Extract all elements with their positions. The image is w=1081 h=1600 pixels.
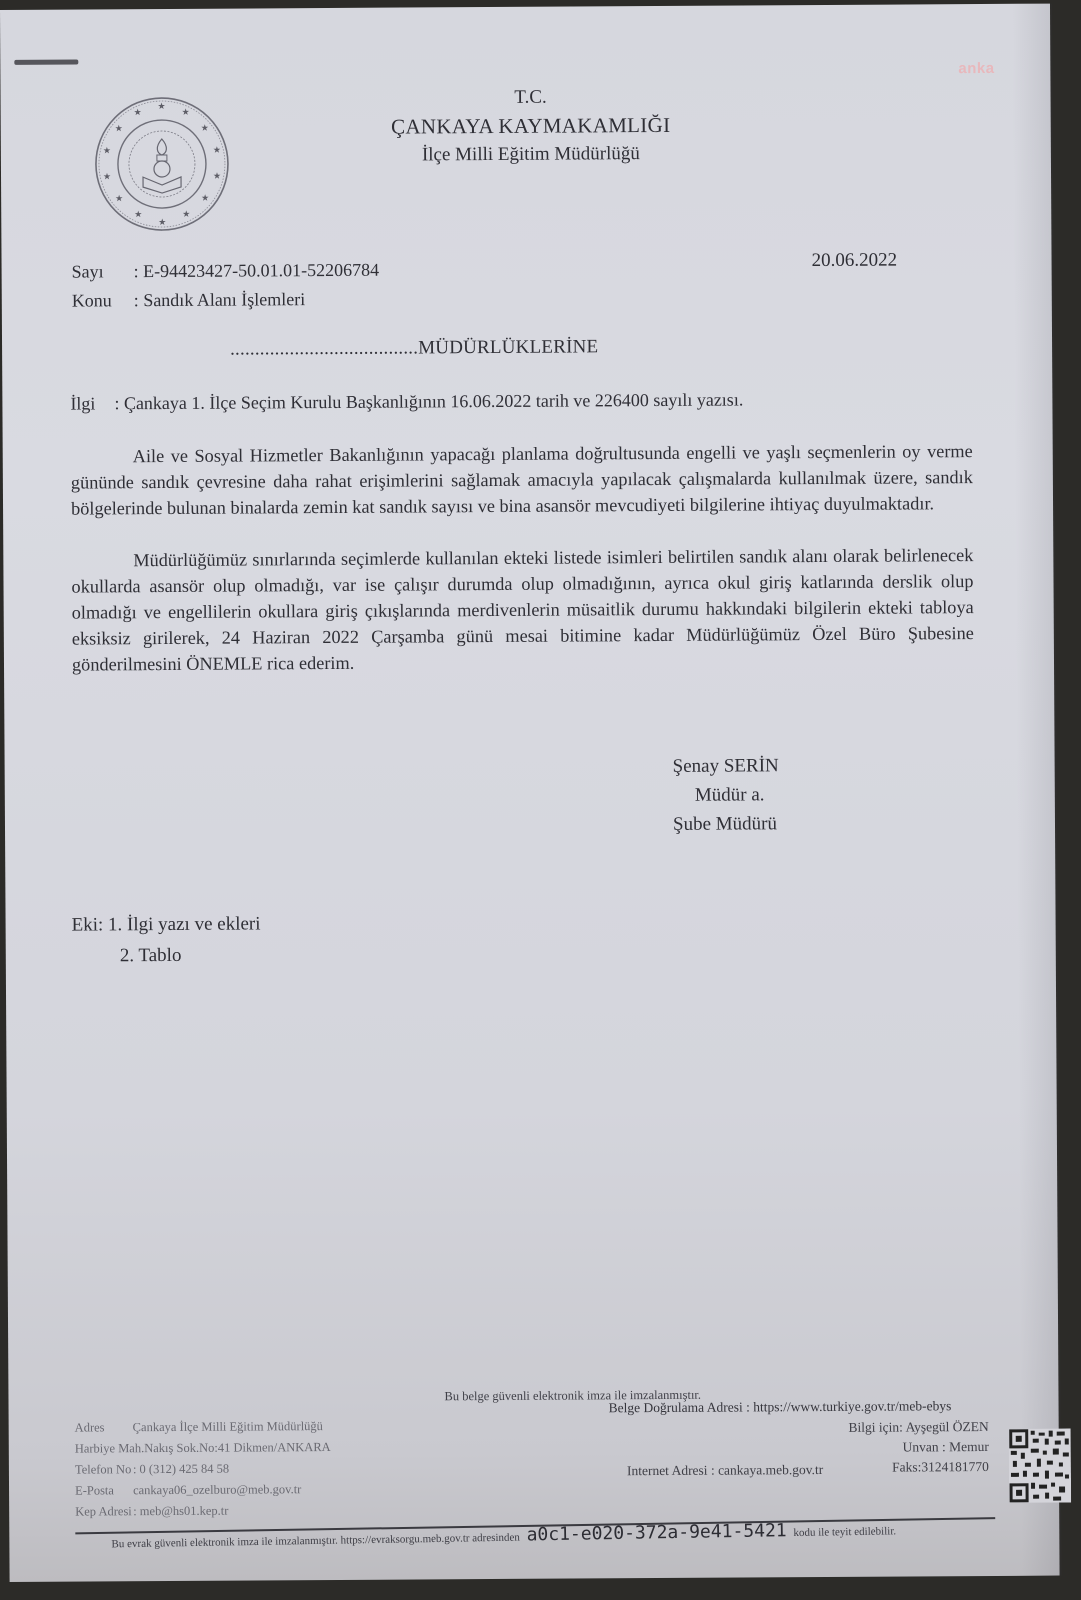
sayi-value: : E-94423427-50.01.01-52206784	[134, 260, 380, 281]
pen-mark	[14, 60, 78, 65]
svg-text:★: ★	[182, 210, 190, 220]
svg-text:★: ★	[213, 172, 221, 182]
attachments-label: Eki:	[72, 914, 104, 935]
ilgi-label: İlgi	[70, 393, 114, 414]
svg-text:★: ★	[158, 218, 166, 228]
svg-text:★: ★	[103, 172, 111, 182]
verification-note: Bu evrak güvenli elektronik imza ile imz…	[111, 1518, 896, 1552]
verification-address: Belge Doğrulama Adresi : https://www.tur…	[609, 1398, 952, 1416]
document-subject: Konu: Sandık Alanı İşlemleri	[72, 289, 306, 311]
svg-text:★: ★	[115, 194, 123, 204]
header-tc: T.C.	[320, 83, 740, 112]
contact-title: : Memur	[942, 1439, 989, 1454]
konu-label: Konu	[72, 290, 134, 311]
konu-value: : Sandık Alanı İşlemleri	[134, 289, 306, 310]
svg-text:★: ★	[134, 210, 142, 220]
letterhead: T.C. ÇANKAYA KAYMAKAMLIĞI İlçe Milli Eği…	[320, 83, 741, 170]
contact-person: Bilgi için: Ayşegül ÖZEN Unvan : Memur F…	[848, 1417, 989, 1478]
signature-block: Şenay SERİN Müdür a. Şube Müdürü	[673, 751, 780, 839]
svg-text:★: ★	[158, 102, 166, 112]
svg-text:★: ★	[213, 146, 221, 156]
svg-text:★: ★	[103, 146, 111, 156]
body-paragraph: Aile ve Sosyal Hizmetler Bakanlığının ya…	[71, 438, 973, 522]
contact-name: Ayşegül ÖZEN	[906, 1419, 989, 1435]
internet-url[interactable]: : cankaya.meb.gov.tr	[711, 1462, 823, 1478]
header-department: İlçe Milli Eğitim Müdürlüğü	[321, 139, 741, 170]
contact-info: AdresÇankaya İlçe Milli Eğitim Müdürlüğü…	[75, 1416, 332, 1523]
signatory-role: Müdür a.	[673, 780, 779, 810]
header-institution: ÇANKAYA KAYMAKAMLIĞI	[321, 109, 741, 142]
address-line: Çankaya İlçe Milli Eğitim Müdürlüğü	[133, 1419, 323, 1434]
svg-text:★: ★	[201, 194, 209, 204]
addressee: ......................................MÜ…	[230, 336, 598, 360]
svg-text:★: ★	[115, 124, 123, 134]
fax-number: Faks:3124181770	[849, 1457, 989, 1478]
document-page: anka ★★★ ★★ ★★ ★★ ★★ ★★ ★ T.C. ÇANKAYA K…	[0, 4, 1060, 1582]
qr-code-icon	[1009, 1428, 1071, 1502]
signatory-name: Şenay SERİN	[673, 751, 779, 781]
reference-line: İlgi: Çankaya 1. İlçe Seçim Kurulu Başka…	[70, 389, 743, 414]
kep-address: : meb@hs01.kep.tr	[133, 1504, 228, 1519]
svg-text:★: ★	[182, 108, 190, 118]
email-address[interactable]: cankaya06_ozelburo@meb.gov.tr	[133, 1482, 301, 1497]
page-edge-shadow	[1012, 4, 1062, 1576]
svg-text:★: ★	[201, 124, 209, 134]
attachment-item: 1. İlgi yazı ve ekleri	[108, 913, 261, 935]
internet-address: Internet Adresi : cankaya.meb.gov.tr	[627, 1462, 823, 1479]
attachments: Eki: 1. İlgi yazı ve ekleri 2. Tablo	[71, 908, 260, 971]
phone-number: : 0 (312) 425 84 58	[133, 1462, 229, 1477]
attachment-item: 2. Tablo	[120, 945, 182, 966]
sayi-label: Sayı	[72, 261, 134, 282]
ilgi-value: : Çankaya 1. İlçe Seçim Kurulu Başkanlığ…	[114, 389, 743, 413]
document-number: Sayı: E-94423427-50.01.01-52206784	[72, 260, 380, 283]
ministry-of-education-seal-icon: ★★★ ★★ ★★ ★★ ★★ ★★ ★	[93, 95, 232, 234]
svg-text:★: ★	[134, 108, 142, 118]
body-paragraph: Müdürlüğümüz sınırlarında seçimlerde kul…	[71, 542, 974, 678]
verification-code: a0c1-e020-372a-9e41-5421	[522, 1520, 790, 1545]
document-date: 20.06.2022	[811, 250, 897, 273]
address-line: Harbiye Mah.Nakış Sok.No:41 Dikmen/ANKAR…	[75, 1440, 331, 1456]
signatory-title: Şube Müdürü	[673, 809, 779, 839]
watermark: anka	[958, 60, 994, 77]
verification-url[interactable]: : https://www.turkiye.gov.tr/meb-ebys	[746, 1398, 951, 1414]
